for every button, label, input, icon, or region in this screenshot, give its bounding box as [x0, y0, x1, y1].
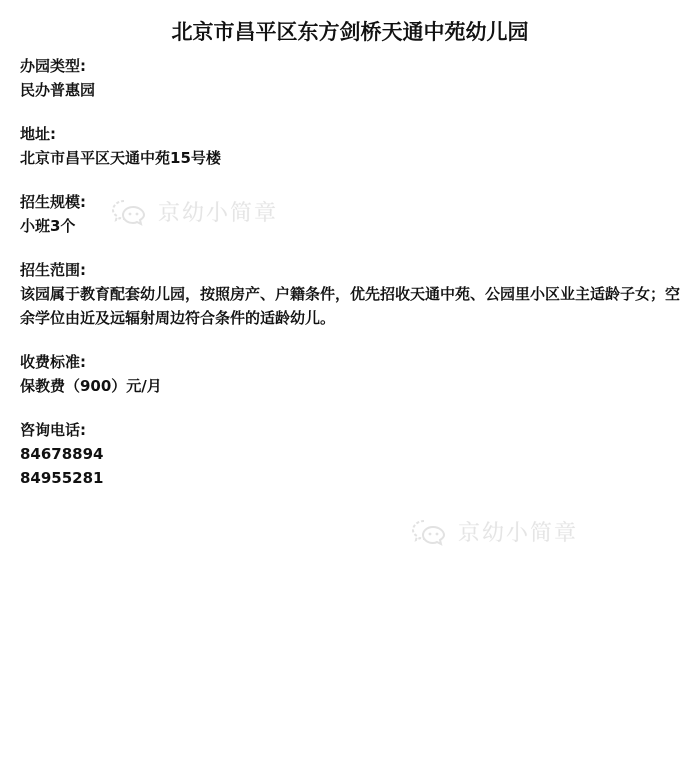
address-label: 地址:: [20, 122, 685, 146]
type-label: 办园类型:: [20, 54, 685, 78]
kindergarten-info: 办园类型: 民办普惠园 地址: 北京市昌平区天通中苑15号楼 招生规模: 小班3…: [20, 54, 685, 510]
section-type: 办园类型: 民办普惠园: [20, 54, 685, 102]
section-fees: 收费标准: 保教费（900）元/月: [20, 350, 685, 398]
section-address: 地址: 北京市昌平区天通中苑15号楼: [20, 122, 685, 170]
phone-value-1: 84678894: [20, 442, 685, 466]
section-enrollment-scope: 招生范围: 该园属于教育配套幼儿园，按照房产、户籍条件，优先招收天通中苑、公园里…: [20, 258, 685, 330]
enrollment-scope-value: 该园属于教育配套幼儿园，按照房产、户籍条件，优先招收天通中苑、公园里小区业主适龄…: [20, 282, 685, 330]
enrollment-scope-label: 招生范围:: [20, 258, 685, 282]
enrollment-size-value: 小班3个: [20, 214, 685, 238]
phone-label: 咨询电话:: [20, 418, 685, 442]
wechat-icon: [412, 518, 446, 546]
address-value: 北京市昌平区天通中苑15号楼: [20, 146, 685, 170]
fees-label: 收费标准:: [20, 350, 685, 374]
section-phone: 咨询电话: 84678894 84955281: [20, 418, 685, 490]
watermark-text: 京幼小简章: [458, 516, 578, 547]
watermark: 京幼小简章: [412, 516, 578, 547]
type-value: 民办普惠园: [20, 78, 685, 102]
page-title: 北京市昌平区东方剑桥天通中苑幼儿园: [0, 18, 700, 46]
phone-value-2: 84955281: [20, 466, 685, 490]
section-enrollment-size: 招生规模: 小班3个: [20, 190, 685, 238]
enrollment-size-label: 招生规模:: [20, 190, 685, 214]
fees-value: 保教费（900）元/月: [20, 374, 685, 398]
